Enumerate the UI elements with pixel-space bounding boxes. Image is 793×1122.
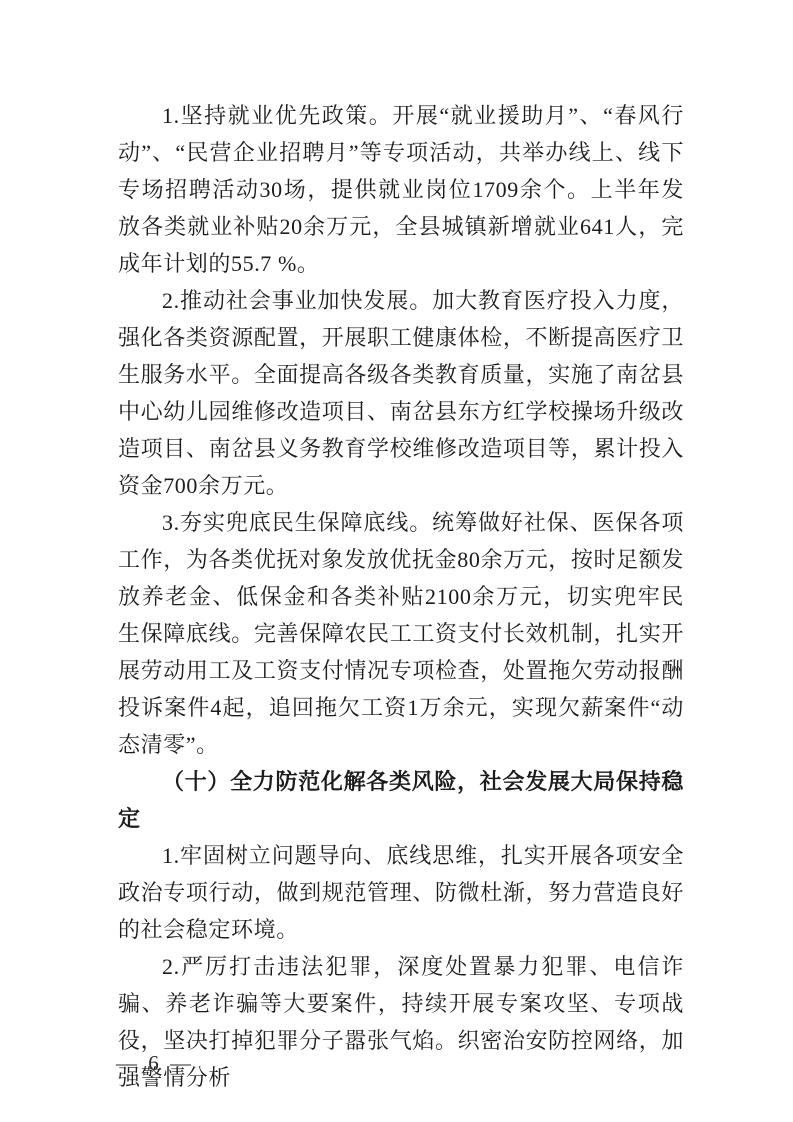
- paragraph-security-governance: 1.牢固树立问题导向、底线思维，扎实开展各项安全政治专项行动，做到规范管理、防微…: [118, 837, 684, 948]
- paragraph-employment-policy: 1.坚持就业优先政策。开展“就业援助月”、“春风行动”、“民营企业招聘月”等专项…: [118, 97, 684, 282]
- paragraph-livelihood-security: 3.夯实兜底民生保障底线。统筹做好社保、医保各项工作，为各类优抚对象发放优抚金8…: [118, 504, 684, 763]
- section-heading-ten-risk-prevention: （十）全力防范化解各类风险，社会发展大局保持稳定: [118, 763, 684, 837]
- page-number: — 6 —: [116, 1051, 194, 1076]
- document-body: 1.坚持就业优先政策。开展“就业援助月”、“春风行动”、“民营企业招聘月”等专项…: [118, 97, 684, 1096]
- document-page: 1.坚持就业优先政策。开展“就业援助月”、“春风行动”、“民营企业招聘月”等专项…: [0, 0, 793, 1122]
- paragraph-crime-crackdown: 2.严厉打击违法犯罪，深度处置暴力犯罪、电信诈骗、养老诈骗等大要案件，持续开展专…: [118, 948, 684, 1096]
- paragraph-social-programs: 2.推动社会事业加快发展。加大教育医疗投入力度，强化各类资源配置，开展职工健康体…: [118, 282, 684, 504]
